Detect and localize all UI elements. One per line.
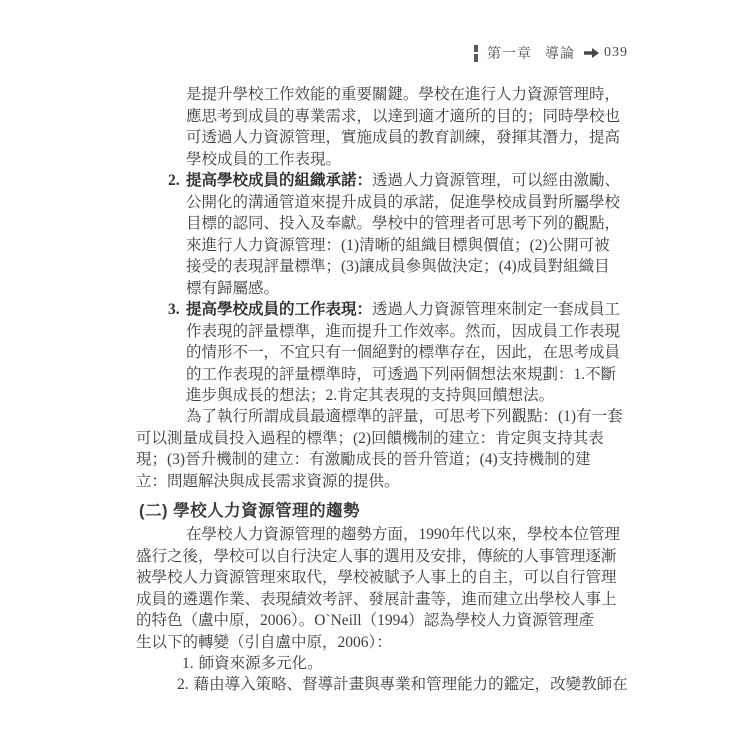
list-item-2-content: 提高學校成員的組織承諾：透過人力資源管理，可以經由激勵、 公開化的溝通管道來提升…: [186, 170, 628, 299]
sub-list-item-1: 1.師資來源多元化。: [182, 653, 323, 675]
list-item-3-heading: 提高學校成員的工作表現：: [186, 301, 372, 318]
sub-list-item-2-text: 藉由導入策略、督導計畫與專業和管理能力的鑑定，改變教師在: [194, 676, 628, 693]
list-item-3-number: 3.: [168, 299, 180, 321]
sub-list-item-1-number: 1.: [182, 655, 194, 672]
book-page: 第一章 導論 039 是提升學校工作效能的重要關鍵。學校在進行人力資源管理時， …: [0, 0, 750, 750]
running-header: 第一章 導論 039: [474, 44, 628, 62]
header-page-number: 039: [604, 45, 628, 61]
section-heading: (二) 學校人力資源管理的趨勢: [139, 500, 360, 522]
list-item-2: 2. 提高學校成員的組織承諾：透過人力資源管理，可以經由激勵、 公開化的溝通管道…: [168, 170, 628, 299]
list-item-2-text: 透過人力資源管理，可以經由激勵、 公開化的溝通管道來提升成員的承諾，促進學校成員…: [186, 172, 620, 297]
sub-list-item-1-text: 師資來源多元化。: [199, 655, 323, 672]
header-section-title: 導論: [545, 43, 575, 63]
list-item-2-number: 2.: [168, 170, 180, 192]
sub-list-item-2: 2.藉由導入策略、督導計畫與專業和管理能力的鑑定，改變教師在: [177, 674, 628, 696]
header-chapter-label: 第一章: [487, 43, 532, 63]
arrow-right-icon: [584, 48, 599, 58]
trends-paragraph: 在學校人力資源管理的趨勢方面，1990年代以來，學校本位管理 盛行之後，學校可以…: [136, 524, 620, 653]
chapter-marker-icon: [474, 45, 478, 62]
sub-list-item-2-number: 2.: [177, 676, 189, 693]
summary-paragraph: 為了執行所謂成員最適標準的評量，可思考下列觀點：(1)有一套 可以測量成員投入過…: [136, 406, 623, 492]
list-item-3: 3. 提高學校成員的工作表現：透過人力資源管理來制定一套成員工 作表現的評量標準…: [168, 299, 628, 407]
list-item-3-content: 提高學校成員的工作表現：透過人力資源管理來制定一套成員工 作表現的評量標準，進而…: [186, 299, 628, 407]
continuation-paragraph: 是提升學校工作效能的重要關鍵。學校在進行人力資源管理時， 應思考到成員的專業需求…: [186, 84, 620, 170]
list-item-2-heading: 提高學校成員的組織承諾：: [186, 172, 372, 189]
